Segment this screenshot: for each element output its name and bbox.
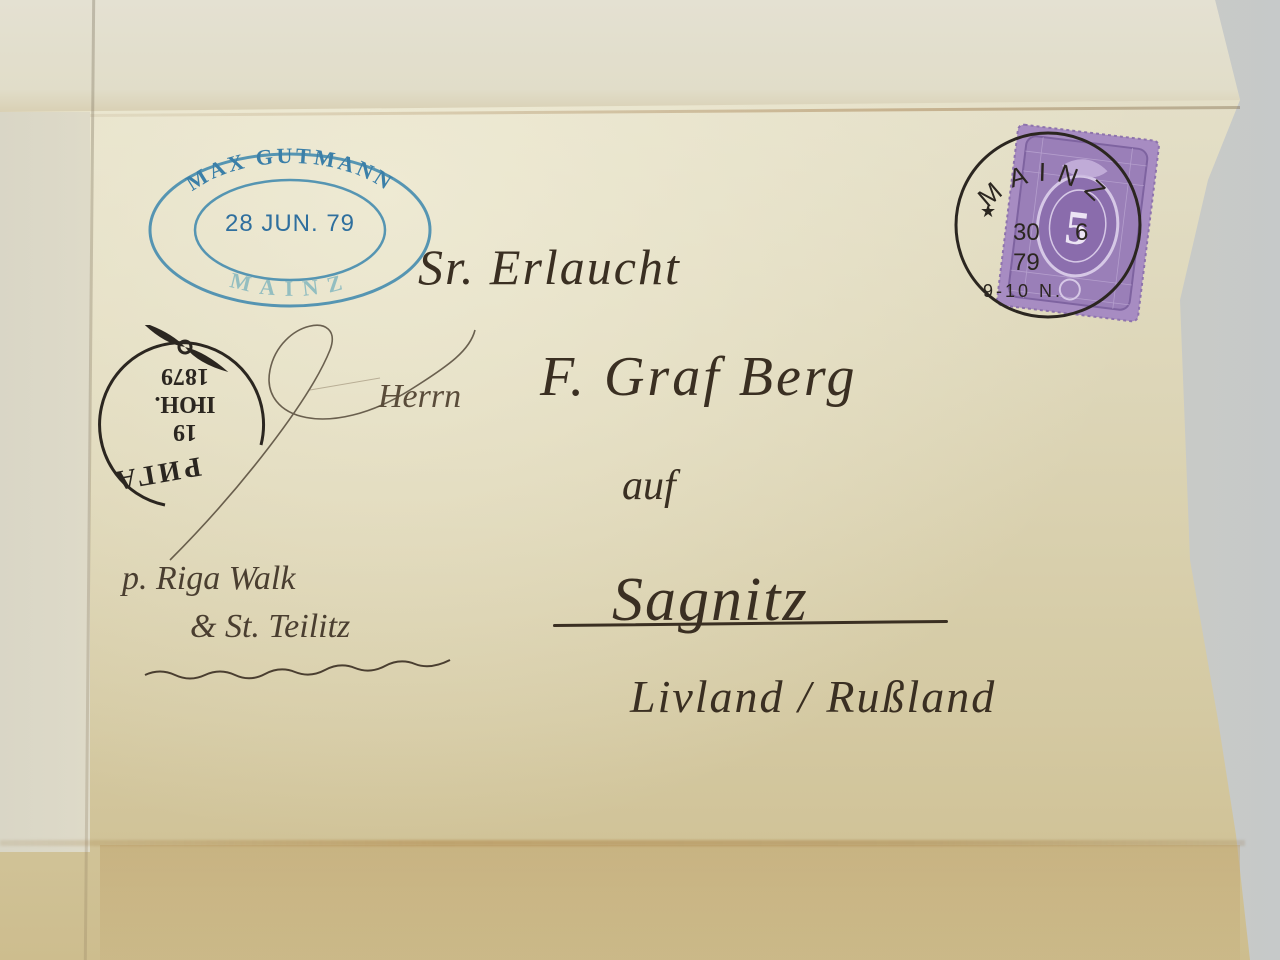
top-flap: [0, 0, 1240, 113]
postmark-year: 79: [1013, 249, 1040, 276]
mainz-departure-postmark: MAINZ ★ 30 6 79 9-10 N.: [945, 125, 1145, 325]
address-line-recipient: F. Graf Berg: [540, 345, 858, 409]
postmark-day: 30: [1013, 219, 1040, 246]
postmark-month: 6: [1075, 219, 1088, 246]
address-line-region: Livland / Rußland: [630, 670, 996, 723]
address-line-honorific: Sr. Erlaucht: [418, 238, 681, 296]
water-stain: [100, 845, 1240, 960]
routing-line-1: p. Riga Walk: [122, 560, 295, 598]
merchant-oval-stamp: MAX GUTMANN MAINZ 28 JUN. 79: [140, 140, 440, 310]
herrn-flourish-icon: [160, 290, 480, 570]
merchant-stamp-date: 28 JUN. 79: [210, 210, 370, 238]
left-flap: [0, 112, 90, 852]
postmark-time: 9-10 N.: [983, 281, 1063, 301]
routing-squiggle-icon: [140, 650, 460, 690]
address-line-herrn: Herrn: [378, 378, 461, 416]
routing-line-2: & St. Teilitz: [190, 608, 350, 646]
address-line-auf: auf: [622, 462, 676, 510]
svg-text:MAX GUTMANN: MAX GUTMANN: [181, 143, 398, 196]
circular-postmark-icon: MAINZ ★ 30 6 79 9-10 N.: [945, 125, 1145, 325]
bottom-fold-crease: [0, 840, 1245, 846]
oval-top-text: MAX GUTMANN: [181, 143, 398, 196]
svg-text:★: ★: [980, 201, 996, 221]
